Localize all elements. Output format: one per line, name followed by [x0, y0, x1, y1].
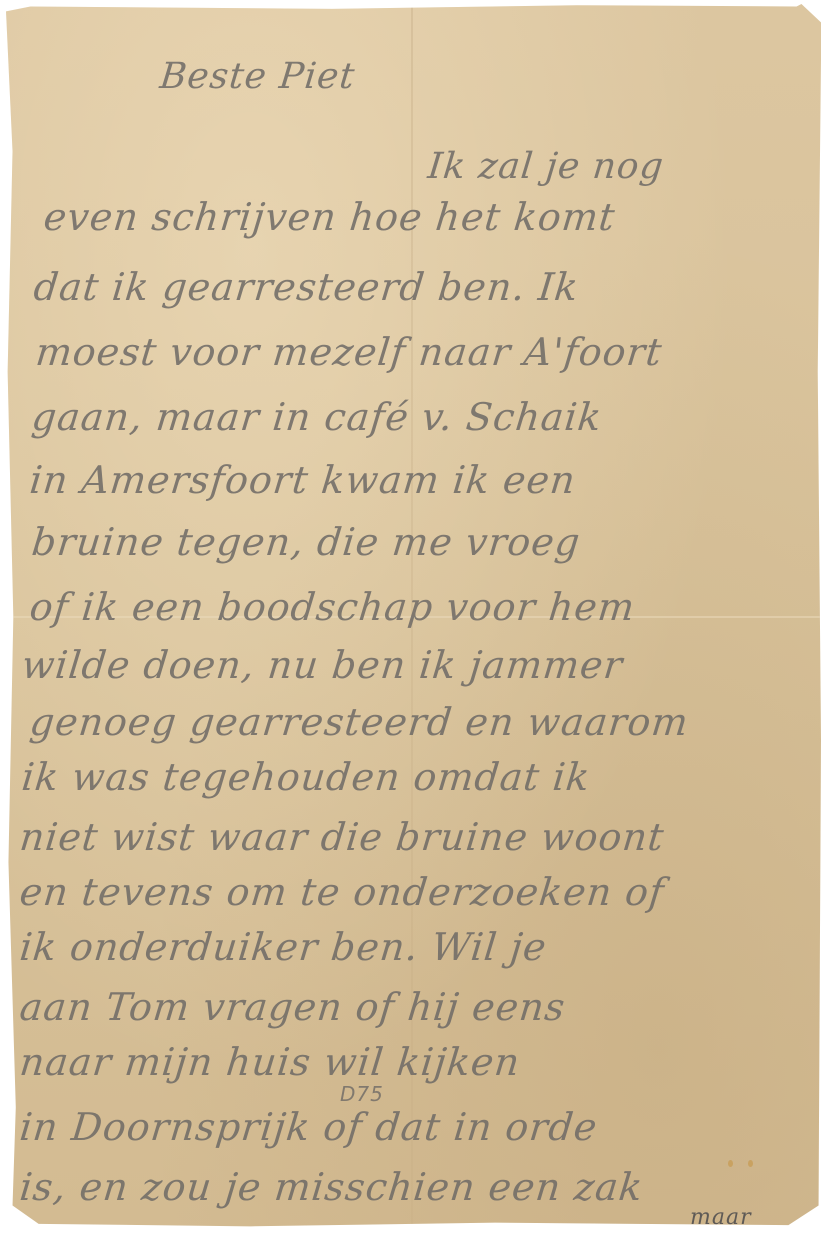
letter-line: Ik zal je nog — [426, 145, 666, 189]
letter-line: ik onderduiker ben. Wil je — [18, 925, 549, 969]
letter-line: en tevens om te onderzoeken of — [18, 870, 667, 914]
letter-body: Beste Piet Ik zal je nog even schrijven … — [0, 0, 827, 1241]
catchword: maar — [690, 1205, 752, 1230]
letter-line: moest voor mezelf naar A'foort — [34, 330, 665, 374]
letter-line: in Amersfoort kwam ik een — [28, 458, 578, 502]
stain-mark — [728, 1160, 733, 1167]
letter-line: of ik een boodschap voor hem — [28, 585, 638, 629]
letter-line: is, en zou je misschien een zak — [18, 1165, 646, 1209]
letter-line: even schrijven hoe het komt — [42, 195, 618, 239]
letter-line: wilde doen, nu ben ik jammer — [20, 643, 625, 687]
letter-line: dat ik gearresteerd ben. Ik — [32, 265, 581, 309]
archive-annotation: D75 — [340, 1082, 384, 1106]
letter-line: niet wist waar die bruine woont — [18, 815, 667, 859]
letter-line: in Doornsprijk of dat in orde — [18, 1105, 600, 1149]
letter-line: ik was tegehouden omdat ik — [20, 755, 593, 799]
stain-mark — [748, 1160, 753, 1167]
letter-line: genoeg gearresteerd en waarom — [28, 700, 691, 744]
salutation: Beste Piet — [158, 55, 358, 99]
letter-line: gaan, maar in café v. Schaik — [30, 395, 604, 439]
letter-line: aan Tom vragen of hij eens — [18, 985, 568, 1029]
letter-line: bruine tegen, die me vroeg — [30, 520, 583, 564]
letter-line: naar mijn huis wil kijken — [18, 1040, 523, 1084]
